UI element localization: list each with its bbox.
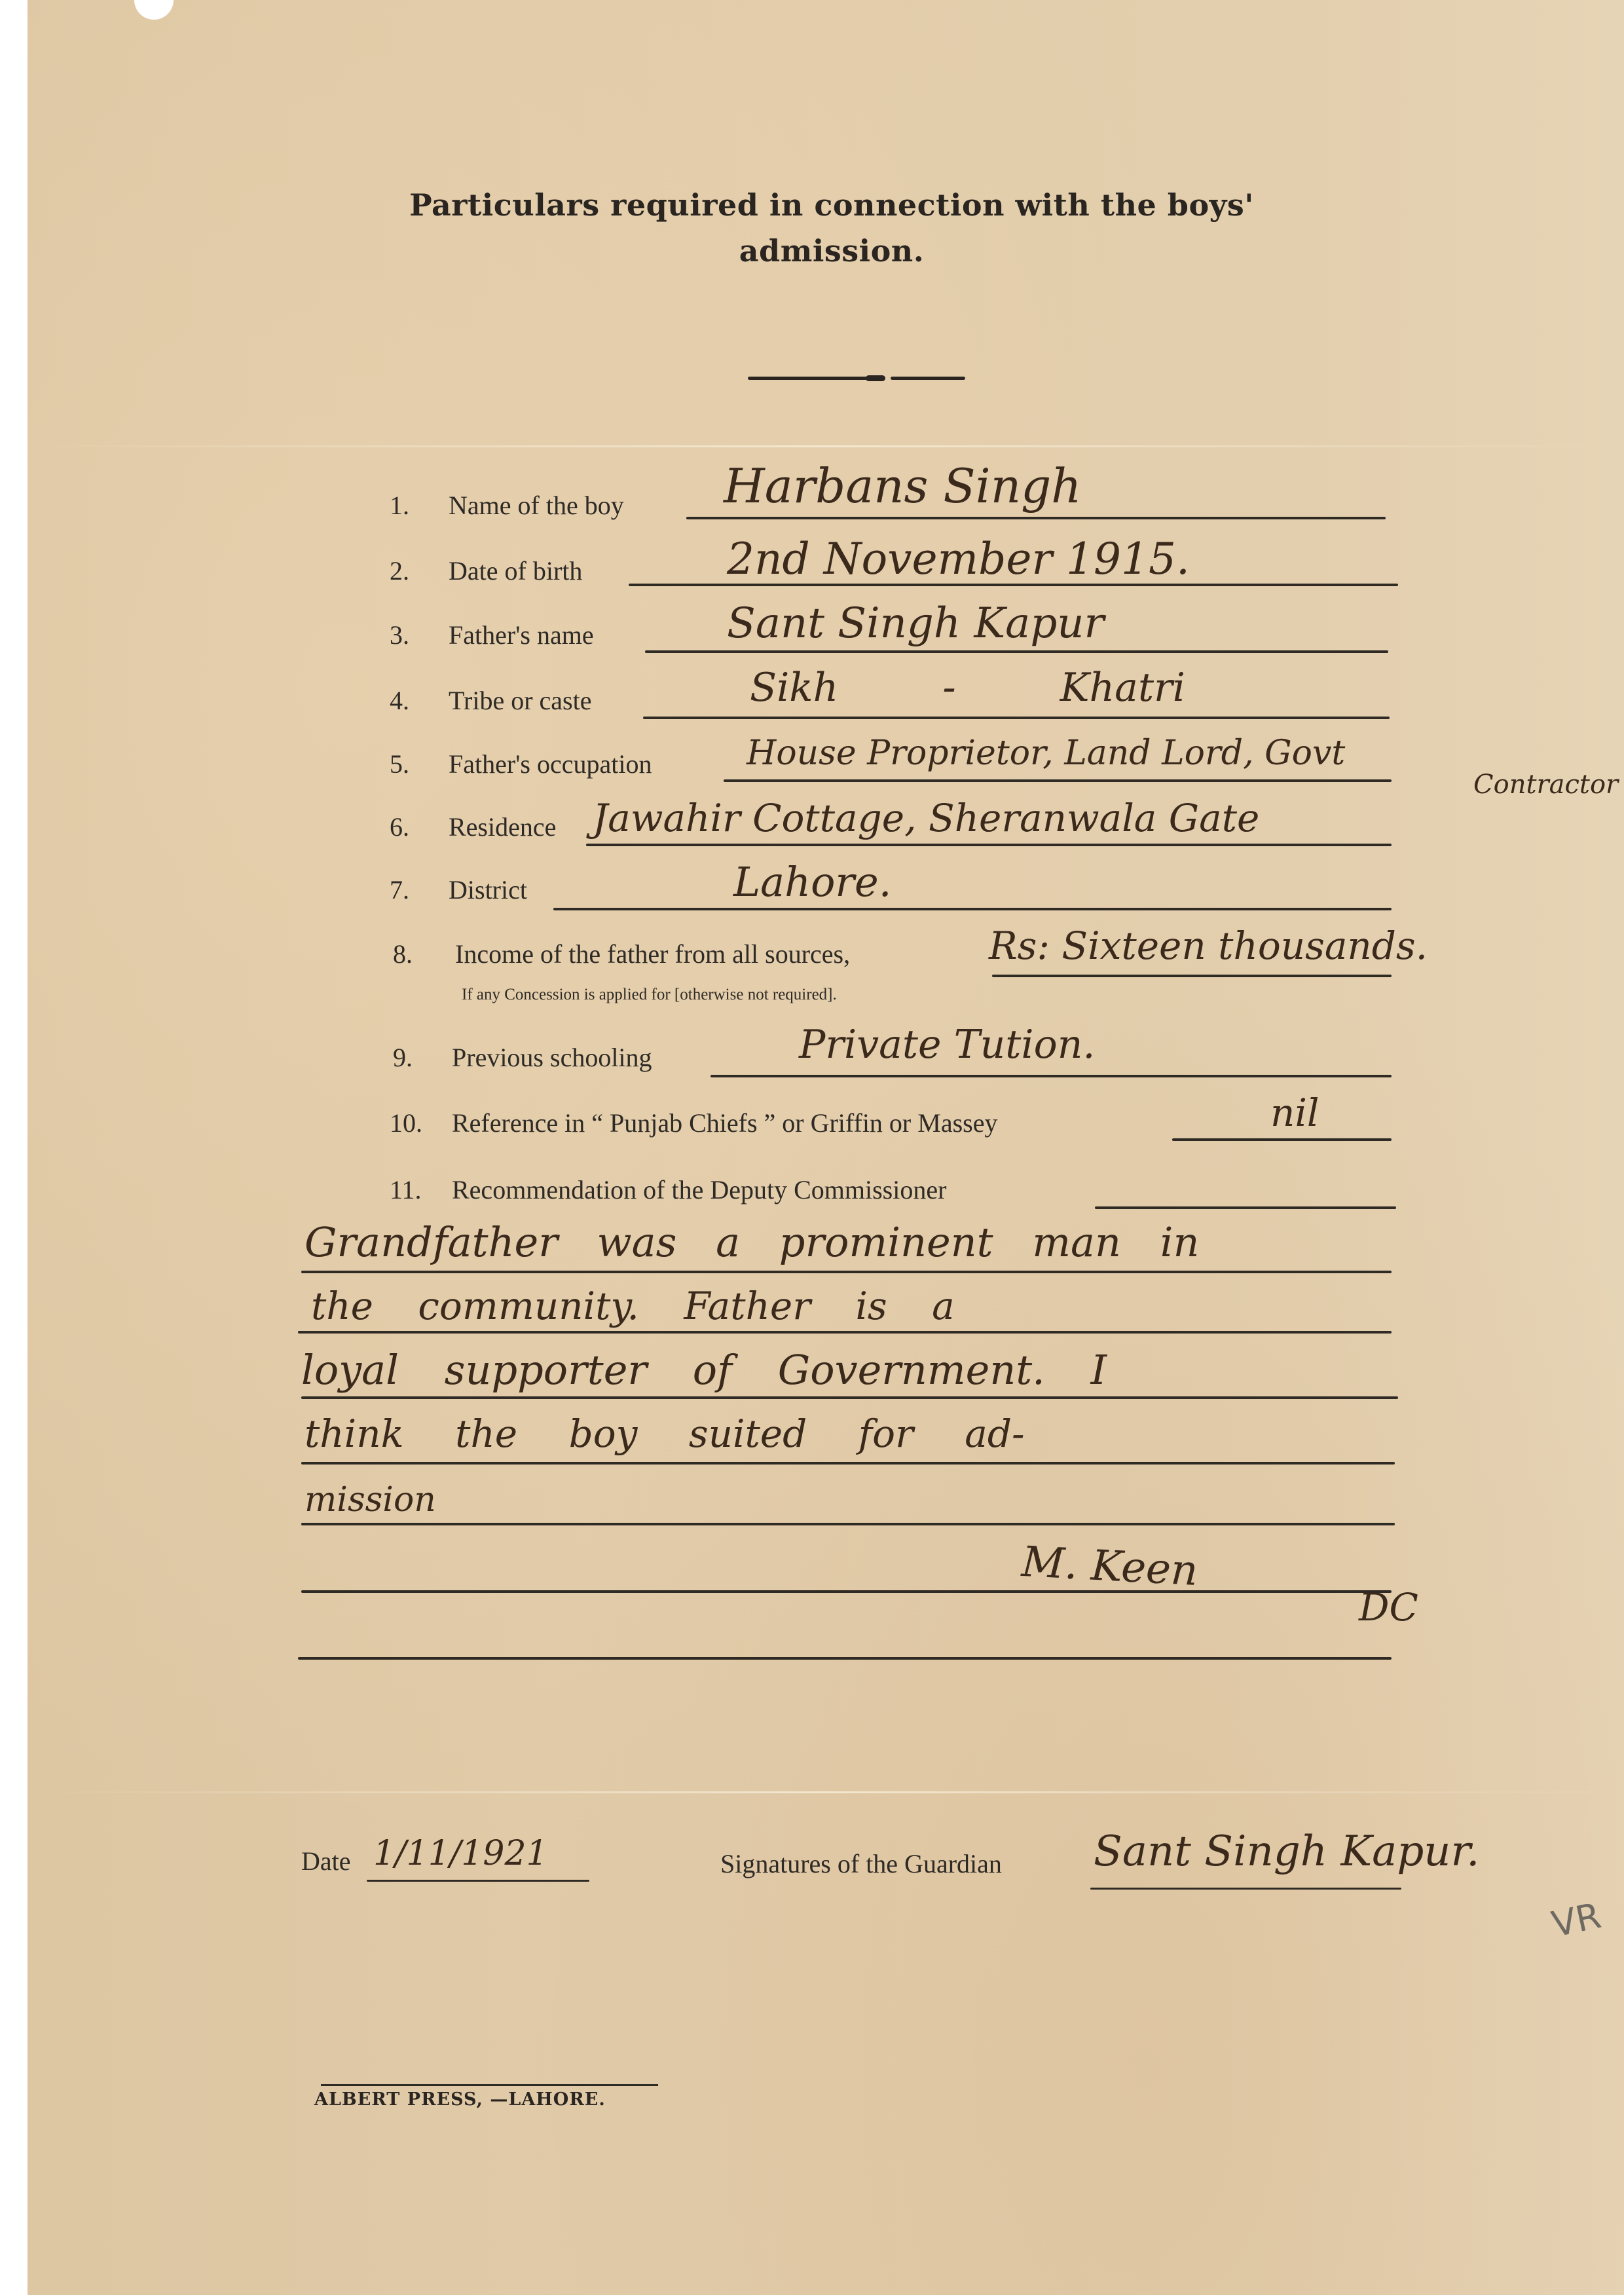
field-underline (586, 844, 1392, 846)
field-label: Income of the father from all sources, (455, 939, 850, 969)
recommendation-text-line: mission (304, 1480, 436, 1520)
field-label: Previous schooling (452, 1042, 652, 1073)
guardian-signature: Sant Singh Kapur. (1094, 1827, 1479, 1876)
heading-line-1: Particulars required in connection with … (275, 182, 1388, 228)
field-number: 1. (390, 490, 435, 521)
heading-line-2: admission. (275, 228, 1388, 274)
field-underline (686, 517, 1386, 519)
field-value-income: Rs: Sixteen thousands. (989, 924, 1428, 968)
guardian-label: Signatures of the Guardian (720, 1848, 1002, 1879)
recommendation-rule (301, 1396, 1398, 1399)
paper-fold (28, 1791, 1624, 1793)
recommendation-text-line: loyal supporter of Government. I (301, 1346, 1107, 1394)
recommendation-rule (298, 1657, 1392, 1660)
date-value: 1/11/1921 (373, 1834, 548, 1873)
field-value-dob: 2nd November 1915. (727, 534, 1190, 584)
field-underline (553, 908, 1392, 910)
recommendation-rule (298, 1331, 1392, 1334)
field-underline (724, 779, 1392, 782)
ornament-divider (748, 375, 965, 381)
paper-fold (28, 445, 1624, 447)
field-value-tribe: Sikh - Khatri (750, 665, 1185, 711)
field-value-residence: Jawahir Cottage, Sheranwala Gate (593, 796, 1259, 840)
recommendation-rule (301, 1462, 1395, 1465)
field-value-father-name: Sant Singh Kapur (727, 599, 1104, 648)
imprint-rule (321, 2084, 658, 2086)
field-label: Date of birth (449, 555, 582, 586)
guardian-underline (1090, 1888, 1401, 1890)
field-value-name: Harbans Singh (724, 458, 1082, 513)
field-label: Reference in “ Punjab Chiefs ” or Griffi… (452, 1108, 997, 1138)
field-value-occupation-overflow: Contractor (1473, 770, 1618, 800)
field-number: 8. (393, 939, 439, 969)
field-underline (645, 650, 1388, 653)
recommendation-rule (301, 1271, 1392, 1273)
field-number: 9. (393, 1042, 439, 1073)
field-value-occupation: House Proprietor, Land Lord, Govt (747, 734, 1345, 773)
paper-sheet (28, 0, 1624, 2295)
field-label: Name of the boy (449, 490, 624, 521)
field-number: 5. (390, 749, 435, 779)
field-underline (710, 1075, 1392, 1077)
printer-imprint: ALBERT PRESS, —LAHORE. (314, 2089, 606, 2110)
recommendation-rule (301, 1523, 1395, 1525)
field-underline (1172, 1138, 1392, 1141)
field-underline (643, 717, 1390, 719)
field-number: 7. (390, 874, 435, 905)
recommendation-text-line: the community. Father is a (311, 1284, 955, 1328)
field-number: 3. (390, 620, 435, 650)
field-number: 11. (390, 1174, 435, 1205)
field-number: 6. (390, 812, 435, 842)
field-label: District (449, 874, 527, 905)
field-number: 4. (390, 685, 435, 716)
date-label: Date (301, 1846, 351, 1876)
field-underline (1095, 1206, 1396, 1209)
form-heading: Particulars required in connection with … (275, 182, 1388, 274)
field-label: Residence (449, 812, 556, 842)
field-value-district: Lahore. (733, 858, 891, 906)
dc-signature: M. Keen (1020, 1538, 1199, 1595)
field-value-schooling: Private Tution. (799, 1022, 1095, 1068)
recommendation-rule (301, 1590, 1392, 1593)
field-label: Father's occupation (449, 749, 652, 779)
recommendation-text-line: Grandfather was a prominent man in (304, 1218, 1199, 1266)
recommendation-text-line: think the boy suited for ad- (304, 1411, 1025, 1456)
date-underline (367, 1880, 589, 1882)
field-underline (992, 975, 1392, 977)
field-label: Recommendation of the Deputy Commissione… (452, 1174, 946, 1205)
field-label: Tribe or caste (449, 685, 591, 716)
field-number: 10. (390, 1108, 435, 1138)
concession-note: If any Concession is applied for [otherw… (462, 986, 837, 1004)
field-number: 2. (390, 555, 435, 586)
field-label: Father's name (449, 620, 594, 650)
field-value-reference: nil (1270, 1091, 1319, 1135)
dc-title: DC (1359, 1585, 1418, 1630)
